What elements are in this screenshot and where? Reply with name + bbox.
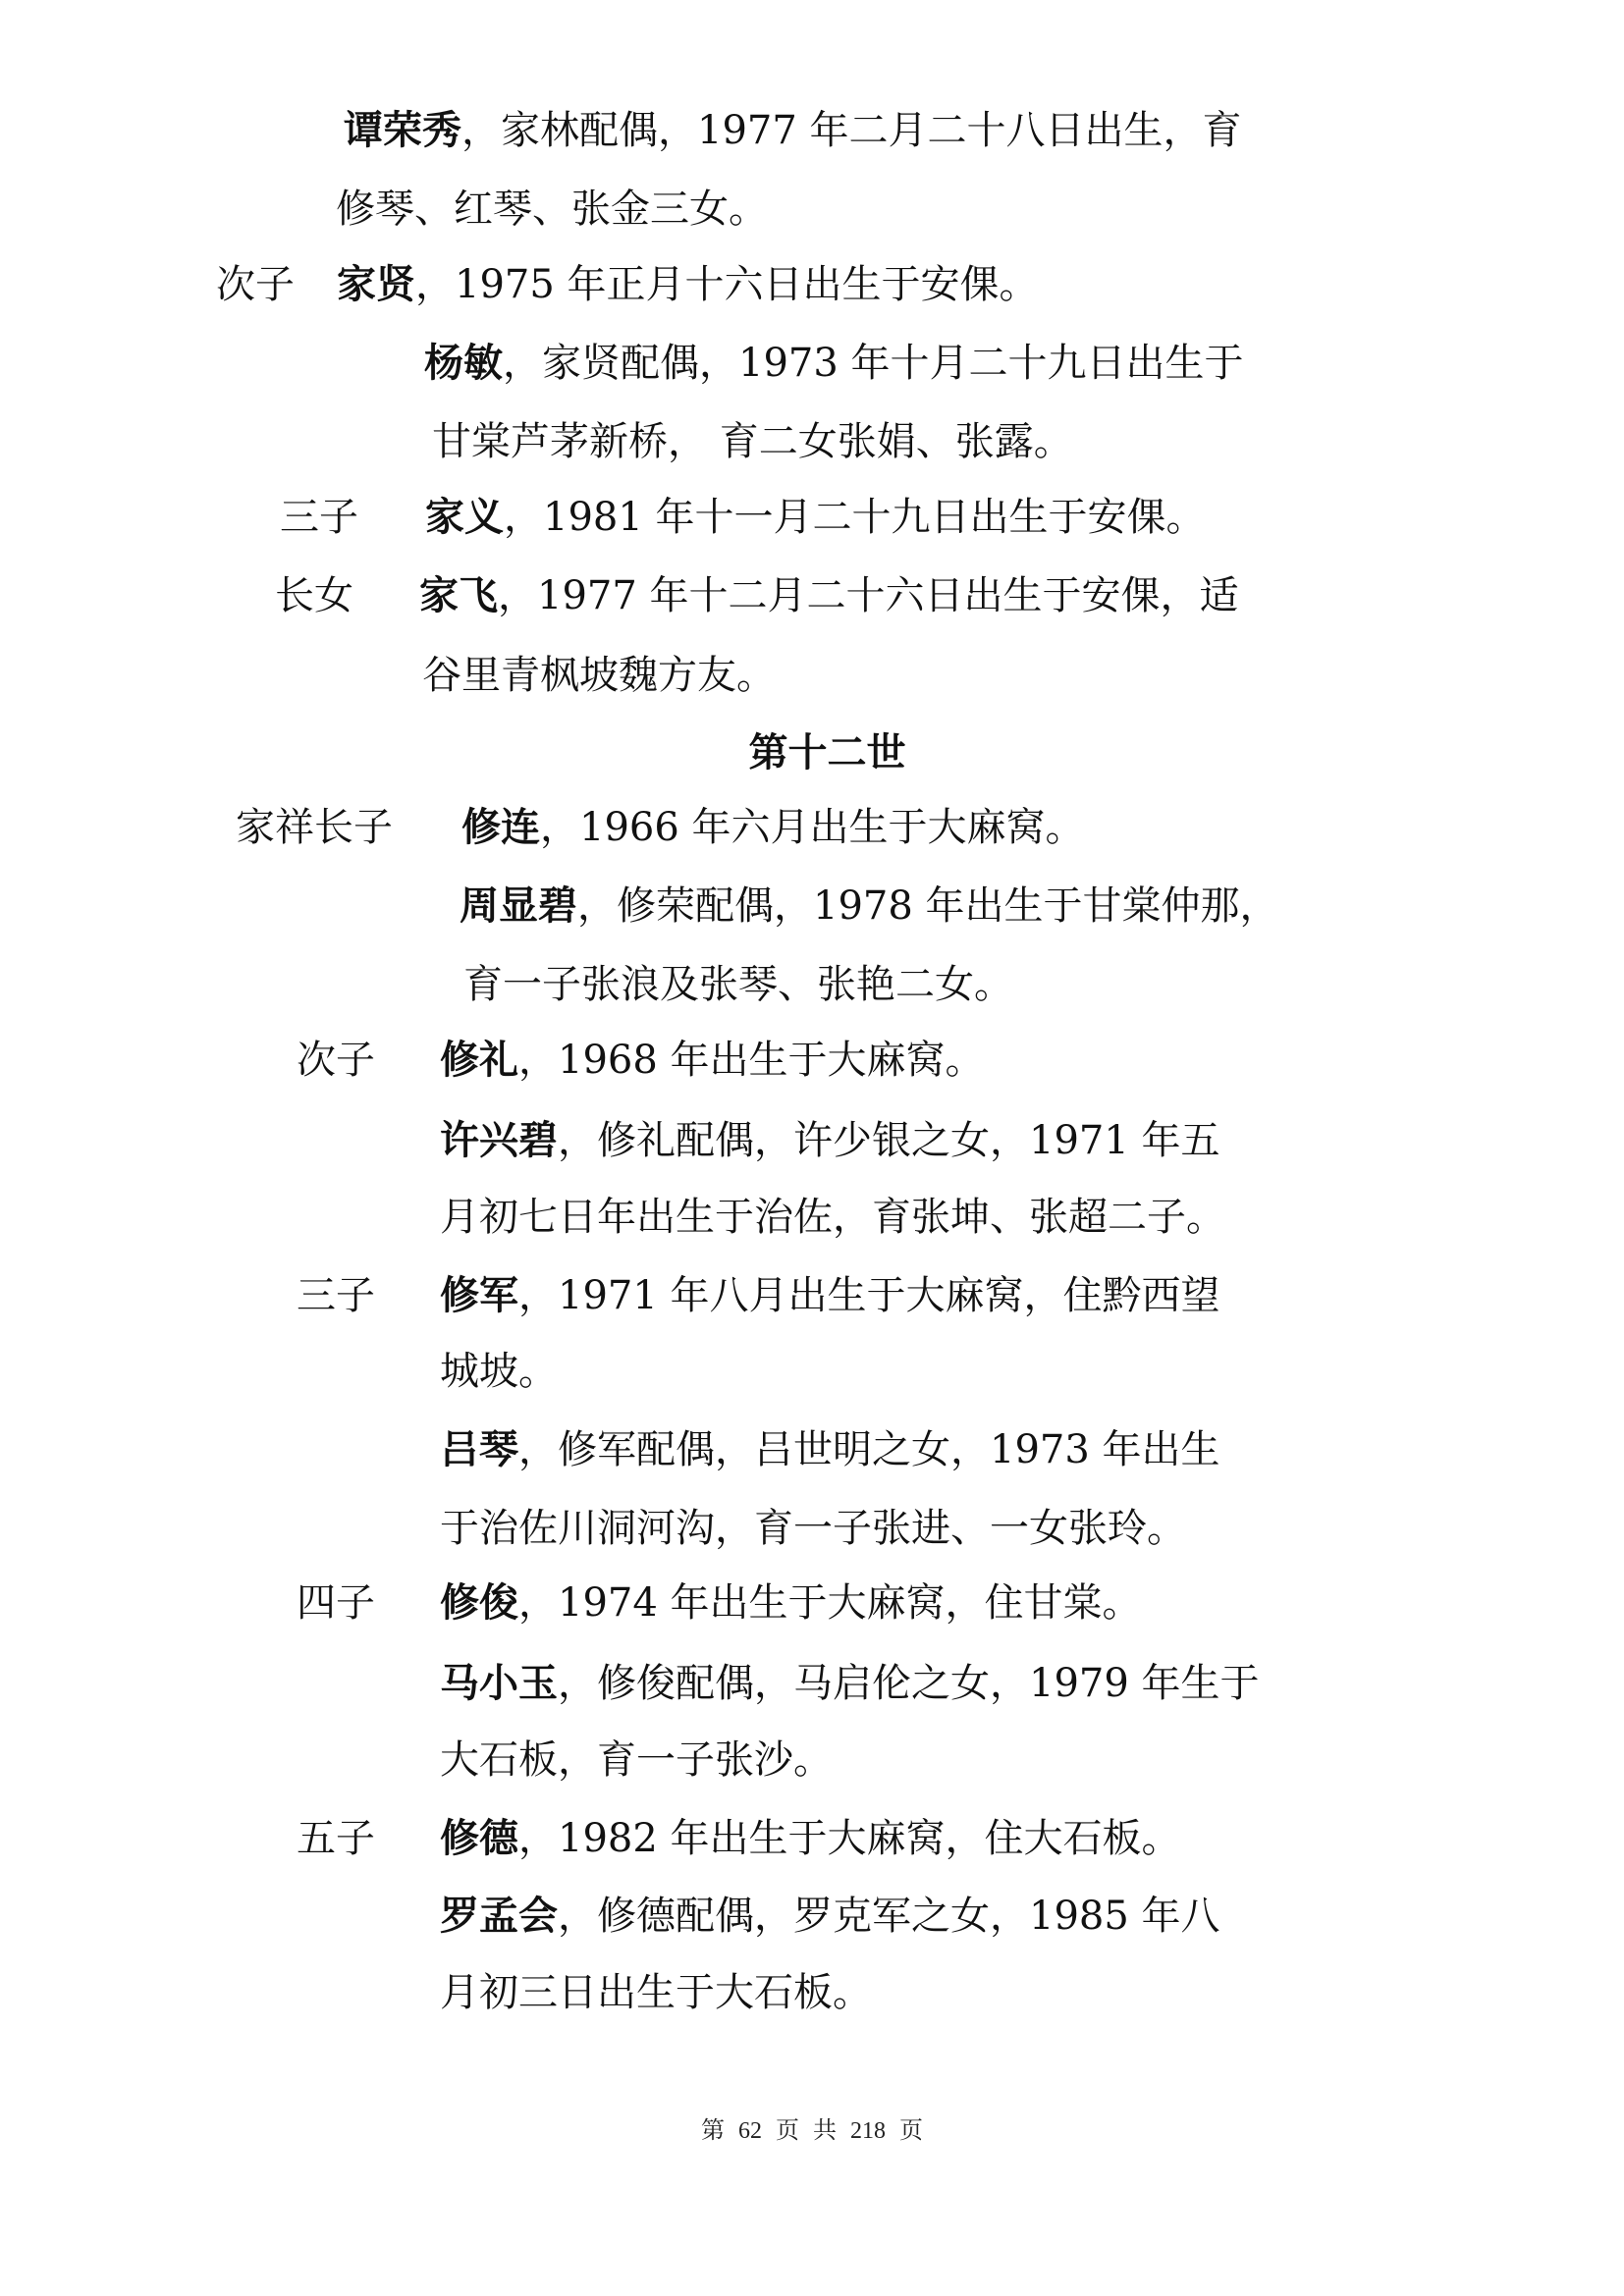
entry-spouse-line: 谭荣秀，家林配偶，1977 年二月二十八日出生，育 <box>344 106 1242 155</box>
person-name: 杨敏 <box>424 340 503 386</box>
entry-text: 大石板，育一子张沙。 <box>440 1737 833 1783</box>
entry-text: ，1975 年正月十六日出生于安倮。 <box>415 262 1039 307</box>
entry-text: ，1974 年出生于大麻窝，住甘棠。 <box>518 1580 1142 1626</box>
entry-text: ，修礼配偶，许少银之女，1971 年五 <box>558 1118 1220 1163</box>
relation-label: 三子 <box>280 493 358 542</box>
entry-text: 月初七日年出生于治佐，育张坤、张超二子。 <box>440 1195 1225 1240</box>
relation-label: 长女 <box>275 571 353 620</box>
relation-label: 家祥长子 <box>236 803 393 852</box>
entry-text: 育一子张浪及张琴、张艳二女。 <box>463 962 1013 1007</box>
entry-text: 修琴、红琴、张金三女。 <box>336 187 768 232</box>
entry-line: 家义，1981 年十一月二十九日出生于安倮。 <box>425 493 1206 542</box>
entry-continuation-line: 月初七日年出生于治佐，育张坤、张超二子。 <box>440 1193 1225 1242</box>
person-name: 家贤 <box>337 261 415 307</box>
page-number-footer: 第 62 页 共 218 页 <box>0 2110 1624 2145</box>
entry-spouse-line: 罗孟会，修德配偶，罗克军之女，1985 年八 <box>440 1892 1220 1941</box>
entry-text: 月初三日出生于大石板。 <box>440 1970 872 2015</box>
entry-text: ，修军配偶，吕世明之女，1973 年出生 <box>518 1427 1220 1472</box>
entry-text: 于治佐川洞河沟，育一子张进、一女张玲。 <box>440 1506 1186 1551</box>
entry-line: 修连，1966 年六月出生于大麻窝。 <box>461 803 1085 852</box>
entry-continuation-line: 大石板，育一子张沙。 <box>440 1735 833 1785</box>
relation-label: 次子 <box>297 1036 375 1085</box>
entry-line: 修俊，1974 年出生于大麻窝，住甘棠。 <box>440 1578 1142 1628</box>
person-name: 许兴碧 <box>440 1117 558 1163</box>
entry-continuation-line: 城坡。 <box>440 1347 558 1396</box>
entry-continuation-line: 月初三日出生于大石板。 <box>440 1968 872 2017</box>
generation-heading: 第十二世 <box>0 728 1624 777</box>
person-name: 周显碧 <box>460 882 577 929</box>
person-name: 罗孟会 <box>440 1893 558 1939</box>
entry-line: 修军，1971 年八月出生于大麻窝，住黔西望 <box>440 1271 1220 1320</box>
entry-line: 修德，1982 年出生于大麻窝，住大石板。 <box>440 1814 1181 1863</box>
entry-text: 谷里青枫坡魏方友。 <box>422 653 776 698</box>
entry-text: ，家林配偶，1977 年二月二十八日出生，育 <box>461 108 1242 153</box>
entry-text: ，修德配偶，罗克军之女，1985 年八 <box>558 1894 1220 1939</box>
entry-text: ，家贤配偶，1973 年十月二十九日出生于 <box>503 341 1244 386</box>
person-name: 吕琴 <box>440 1426 518 1472</box>
entry-line: 家飞，1977 年十二月二十六日出生于安倮，适 <box>419 571 1239 620</box>
person-name: 修德 <box>440 1815 518 1861</box>
person-name: 修俊 <box>440 1579 518 1626</box>
entry-continuation-line: 于治佐川洞河沟，育一子张进、一女张玲。 <box>440 1504 1186 1553</box>
person-name: 修军 <box>440 1272 518 1318</box>
person-name: 马小玉 <box>440 1660 558 1706</box>
person-name: 家飞 <box>419 572 498 618</box>
person-name: 谭荣秀 <box>344 107 461 153</box>
person-name: 修礼 <box>440 1037 518 1083</box>
entry-text: ，1966 年六月出生于大麻窝。 <box>540 805 1085 850</box>
entry-text: ，1968 年出生于大麻窝。 <box>518 1038 985 1083</box>
entry-spouse-line: 周显碧，修荣配偶，1978 年出生于甘棠仲那， <box>460 881 1279 931</box>
relation-label: 四子 <box>297 1578 375 1628</box>
entry-text: ，1981 年十一月二十九日出生于安倮。 <box>504 495 1206 540</box>
entry-continuation-line: 谷里青枫坡魏方友。 <box>422 651 776 700</box>
entry-line: 家贤，1975 年正月十六日出生于安倮。 <box>337 260 1039 309</box>
entry-text: ，1977 年十二月二十六日出生于安倮，适 <box>498 573 1239 618</box>
entry-text: 甘棠芦茅新桥， 育二女张娟、张露。 <box>432 419 1073 464</box>
entry-text: ，1982 年出生于大麻窝，住大石板。 <box>518 1816 1181 1861</box>
entry-text: 城坡。 <box>440 1349 558 1394</box>
entry-text: ，1971 年八月出生于大麻窝，住黔西望 <box>518 1273 1220 1318</box>
person-name: 家义 <box>425 494 504 540</box>
entry-line: 修礼，1968 年出生于大麻窝。 <box>440 1036 985 1085</box>
person-name: 修连 <box>461 804 540 850</box>
entry-spouse-line: 许兴碧，修礼配偶，许少银之女，1971 年五 <box>440 1116 1220 1165</box>
entry-continuation-line: 修琴、红琴、张金三女。 <box>336 185 768 234</box>
entry-spouse-line: 吕琴，修军配偶，吕世明之女，1973 年出生 <box>440 1425 1220 1474</box>
relation-label: 三子 <box>297 1271 375 1320</box>
entry-continuation-line: 甘棠芦茅新桥， 育二女张娟、张露。 <box>432 417 1073 466</box>
relation-label: 次子 <box>216 260 295 309</box>
relation-label: 五子 <box>297 1814 375 1863</box>
entry-text: ，修荣配偶，1978 年出生于甘棠仲那， <box>577 883 1279 929</box>
entry-text: ，修俊配偶，马启伦之女，1979 年生于 <box>558 1661 1260 1706</box>
entry-spouse-line: 杨敏，家贤配偶，1973 年十月二十九日出生于 <box>424 339 1244 388</box>
entry-continuation-line: 育一子张浪及张琴、张艳二女。 <box>463 960 1013 1009</box>
entry-spouse-line: 马小玉，修俊配偶，马启伦之女，1979 年生于 <box>440 1659 1260 1708</box>
